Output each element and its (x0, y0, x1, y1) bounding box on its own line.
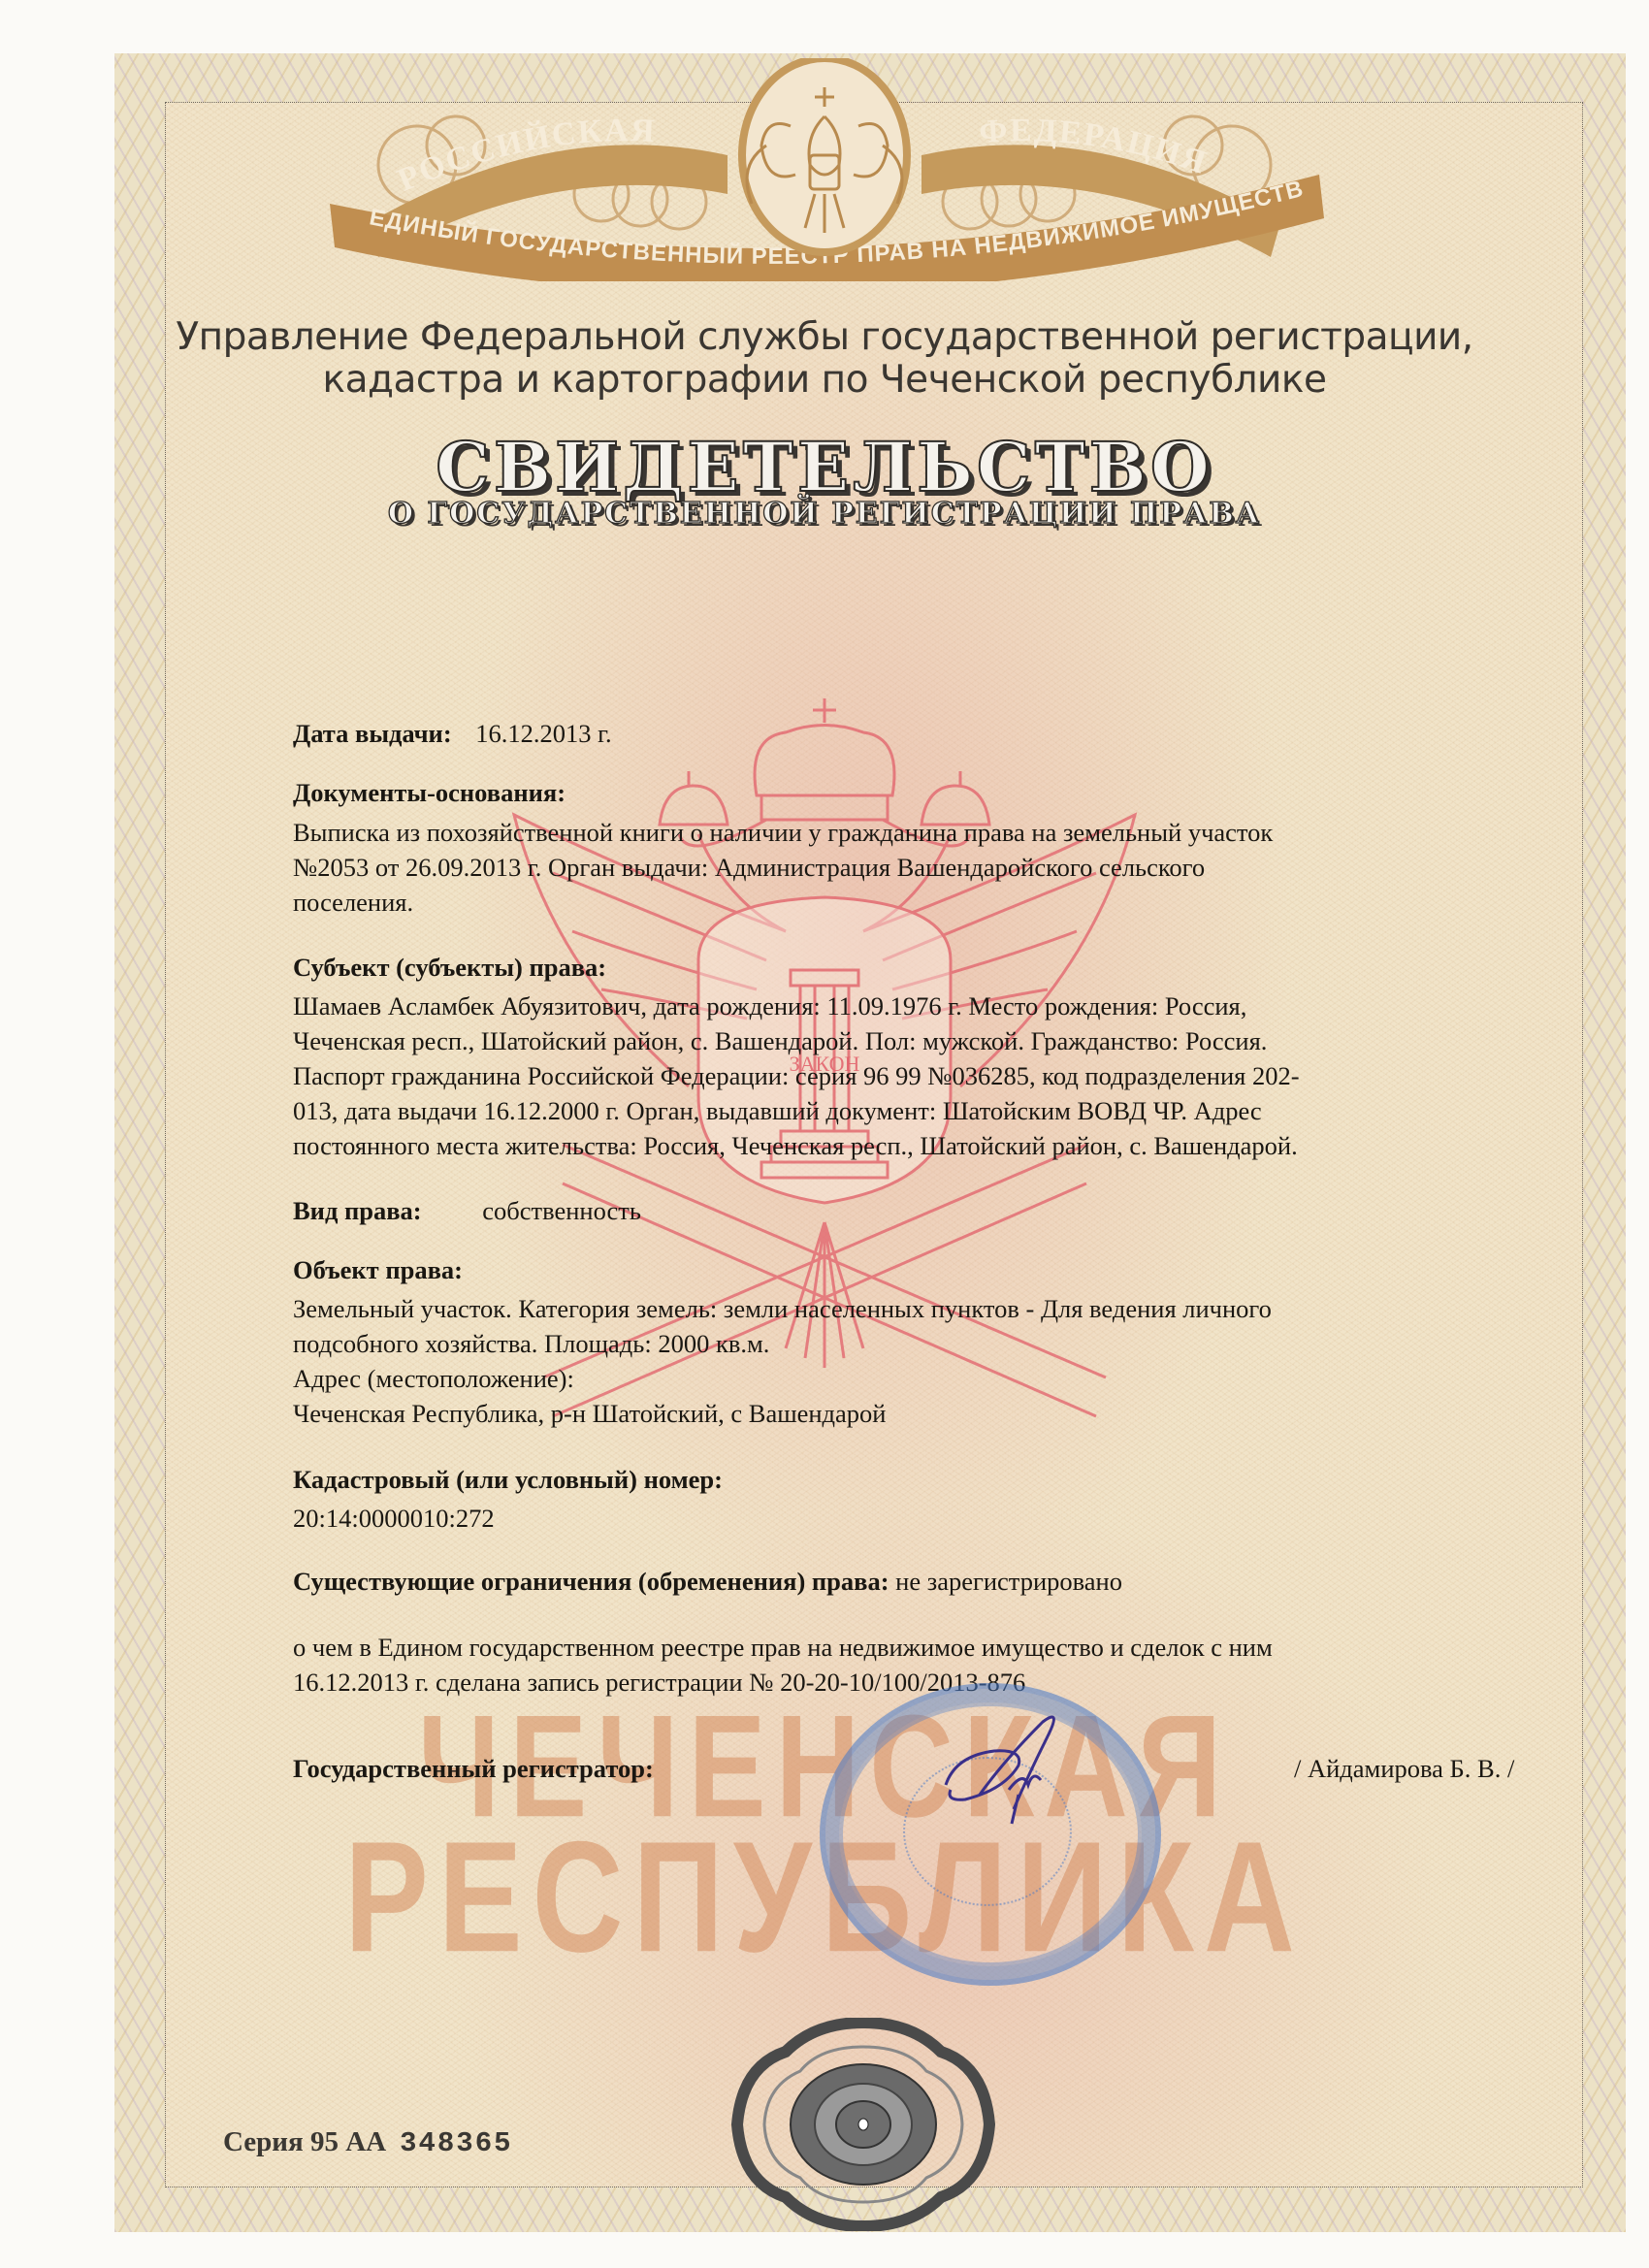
basis-line: поселения. (293, 885, 1564, 920)
right-type-label: Вид права: (293, 1196, 422, 1225)
double-headed-eagle-icon: РОССИЙСКАЯ ФЕДЕРАЦИЯ ЕДИНЫЙ ГОСУДАРСТВЕН… (310, 58, 1339, 281)
document-subtitle: О ГОСУДАРСТВЕННОЙ РЕГИСТРАЦИИ ПРАВА (0, 497, 1649, 531)
subject-line: Чеченская респ., Шатойский район, с. Ваш… (293, 1023, 1564, 1058)
subject-line: Паспорт гражданина Российской Федерации:… (293, 1058, 1564, 1093)
issuing-authority-line-1: Управление Федеральной службы государств… (0, 316, 1649, 359)
subject-line: Шамаев Асламбек Абуязитович, дата рожден… (293, 988, 1564, 1023)
subject-label: Субъект (субъекты) права: (293, 950, 606, 985)
basis-line: Выписка из похозяйственной книги о налич… (293, 815, 1564, 850)
issue-date-value: 16.12.2013 г. (475, 719, 611, 748)
encumbrance-row: Существующие ограничения (обременения) п… (293, 1564, 1122, 1599)
header-banner: РОССИЙСКАЯ ФЕДЕРАЦИЯ ЕДИНЫЙ ГОСУДАРСТВЕН… (310, 58, 1339, 281)
registrar-name: / Айдамирова Б. В. / (1294, 1751, 1514, 1786)
issue-date-label: Дата выдачи: (293, 719, 452, 748)
series-number: Серия 95 АА348365 (223, 2126, 513, 2159)
encumbrance-label: Существующие ограничения (обременения) п… (293, 1567, 889, 1596)
subject-text: Шамаев Асламбек Абуязитович, дата рожден… (293, 988, 1564, 1163)
series-serial: 348365 (400, 2127, 512, 2159)
signature-icon (926, 1702, 1072, 1838)
registrar-label: Государственный регистратор: (293, 1751, 654, 1786)
issuing-authority-line-2: кадастра и картографии по Чеченской респ… (0, 359, 1649, 402)
right-type-value: собственность (482, 1196, 641, 1225)
basis-line: №2053 от 26.09.2013 г. Орган выдачи: Адм… (293, 850, 1564, 885)
series-label: Серия 95 АА (223, 2126, 386, 2157)
object-label: Объект права: (293, 1252, 463, 1287)
document-title: СВИДЕТЕЛЬСТВО (0, 427, 1649, 507)
object-line: Чеченская Республика, р-н Шатойский, с В… (293, 1396, 1564, 1431)
right-type-row: Вид права: собственность (293, 1193, 641, 1228)
record-line: о чем в Едином государственном реестре п… (293, 1630, 1564, 1665)
subject-line: постоянного места жительства: Россия, Че… (293, 1128, 1564, 1163)
encumbrance-value: не зарегистрировано (895, 1567, 1122, 1596)
object-line: Земельный участок. Категория земель: зем… (293, 1291, 1564, 1326)
cadastral-label: Кадастровый (или условный) номер: (293, 1462, 723, 1497)
object-line: подсобного хозяйства. Площадь: 2000 кв.м… (293, 1326, 1564, 1361)
basis-documents-text: Выписка из похозяйственной книги о налич… (293, 815, 1564, 920)
object-line: Адрес (местоположение): (293, 1361, 1564, 1396)
issue-date-row: Дата выдачи: 16.12.2013 г. (293, 716, 612, 751)
cadastral-number: 20:14:0000010:272 (293, 1501, 495, 1536)
object-text: Земельный участок. Категория земель: зем… (293, 1291, 1564, 1431)
registration-record: о чем в Едином государственном реестре п… (293, 1630, 1564, 1700)
basis-documents-label: Документы-основания: (293, 775, 566, 810)
security-rosette-icon (718, 2018, 1009, 2231)
subject-line: 013, дата выдачи 16.12.2000 г. Орган, вы… (293, 1093, 1564, 1128)
